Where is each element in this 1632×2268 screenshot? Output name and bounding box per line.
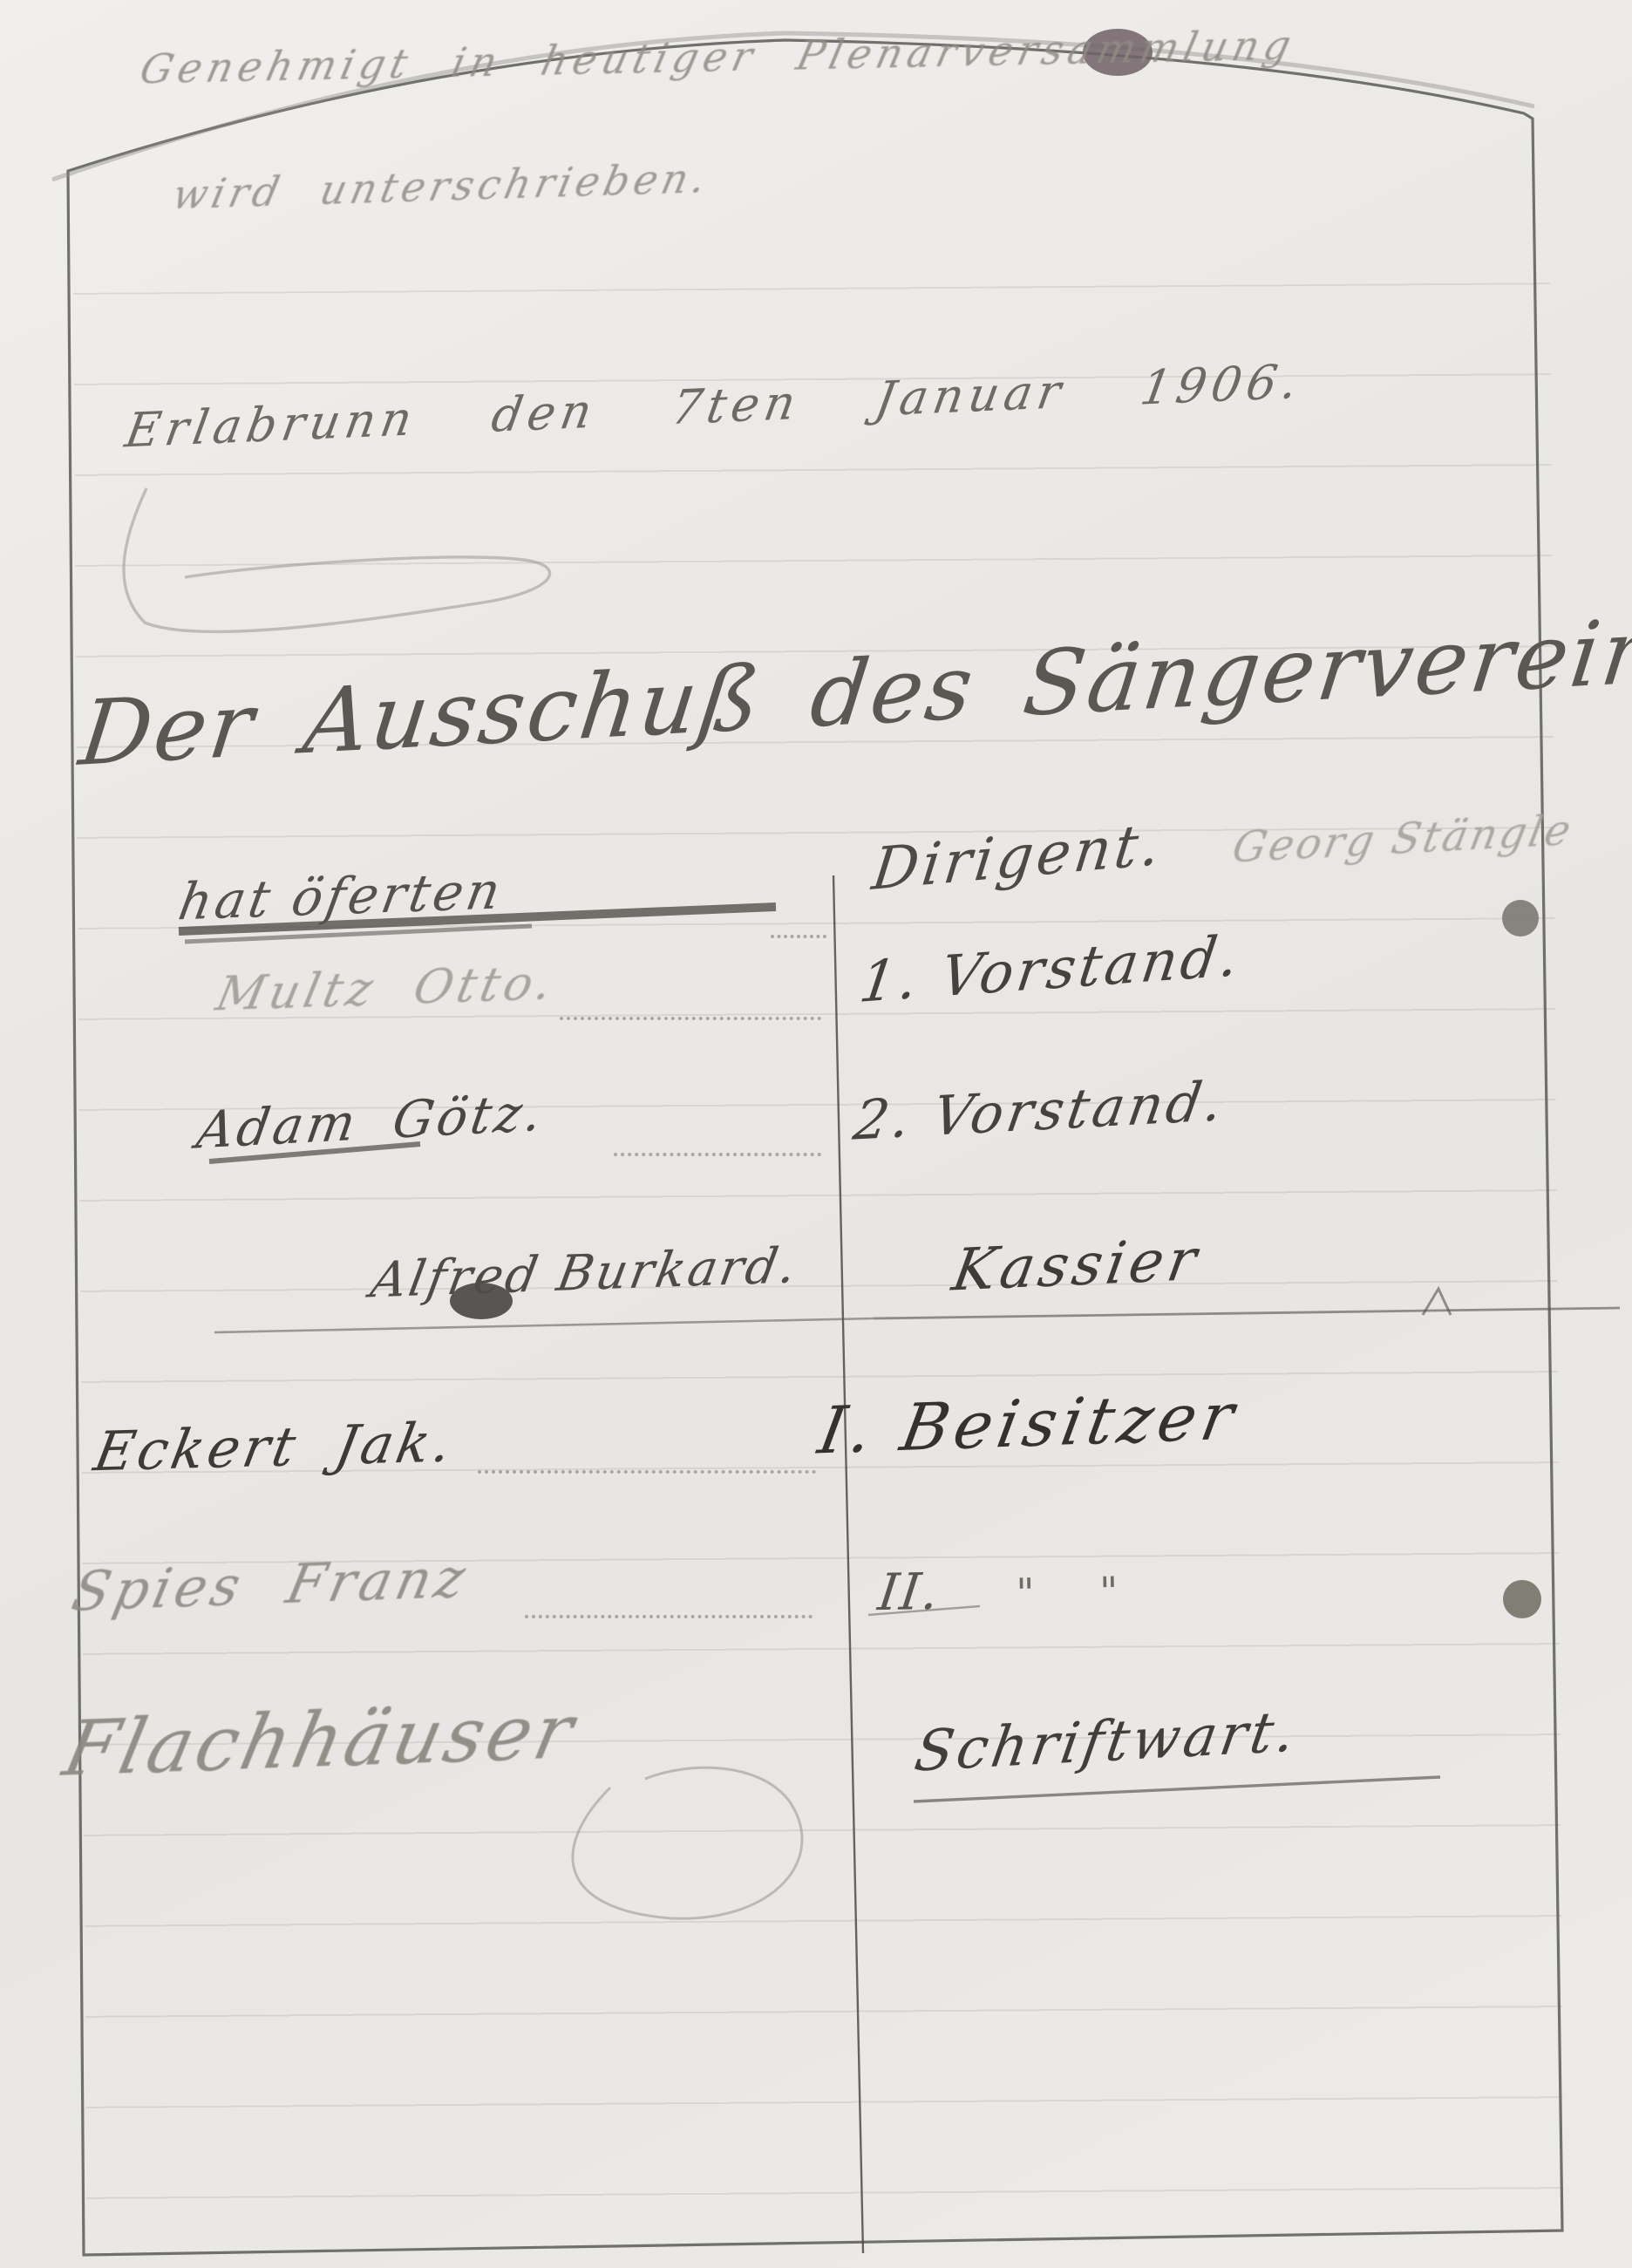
scan-overlay-graphics [0, 0, 1632, 2268]
ink-blot [450, 1283, 513, 1319]
signature-flourish [573, 1767, 802, 1918]
document-page: Genehmigt in heutiger Plenarversammlung … [0, 0, 1632, 2268]
dotted-leader [560, 1017, 821, 1020]
strikethrough-line [209, 1144, 420, 1161]
page-border [68, 40, 1562, 2255]
page-border-top-shadow [52, 33, 1534, 180]
dotted-leader [614, 1153, 821, 1156]
column-divider-line [833, 875, 863, 2253]
ink-blot [1502, 900, 1539, 936]
strikethrough-line [868, 1606, 980, 1615]
dotted-leader [771, 935, 826, 938]
dotted-leader [525, 1615, 813, 1618]
ink-blot [1083, 29, 1153, 76]
date-flourish [124, 488, 550, 631]
strikethrough-line [214, 1318, 874, 1332]
strikethrough-line [914, 1777, 1440, 1801]
ink-blot [1503, 1580, 1541, 1618]
dotted-leader [478, 1470, 816, 1474]
strikethrough-line [874, 1308, 1620, 1318]
